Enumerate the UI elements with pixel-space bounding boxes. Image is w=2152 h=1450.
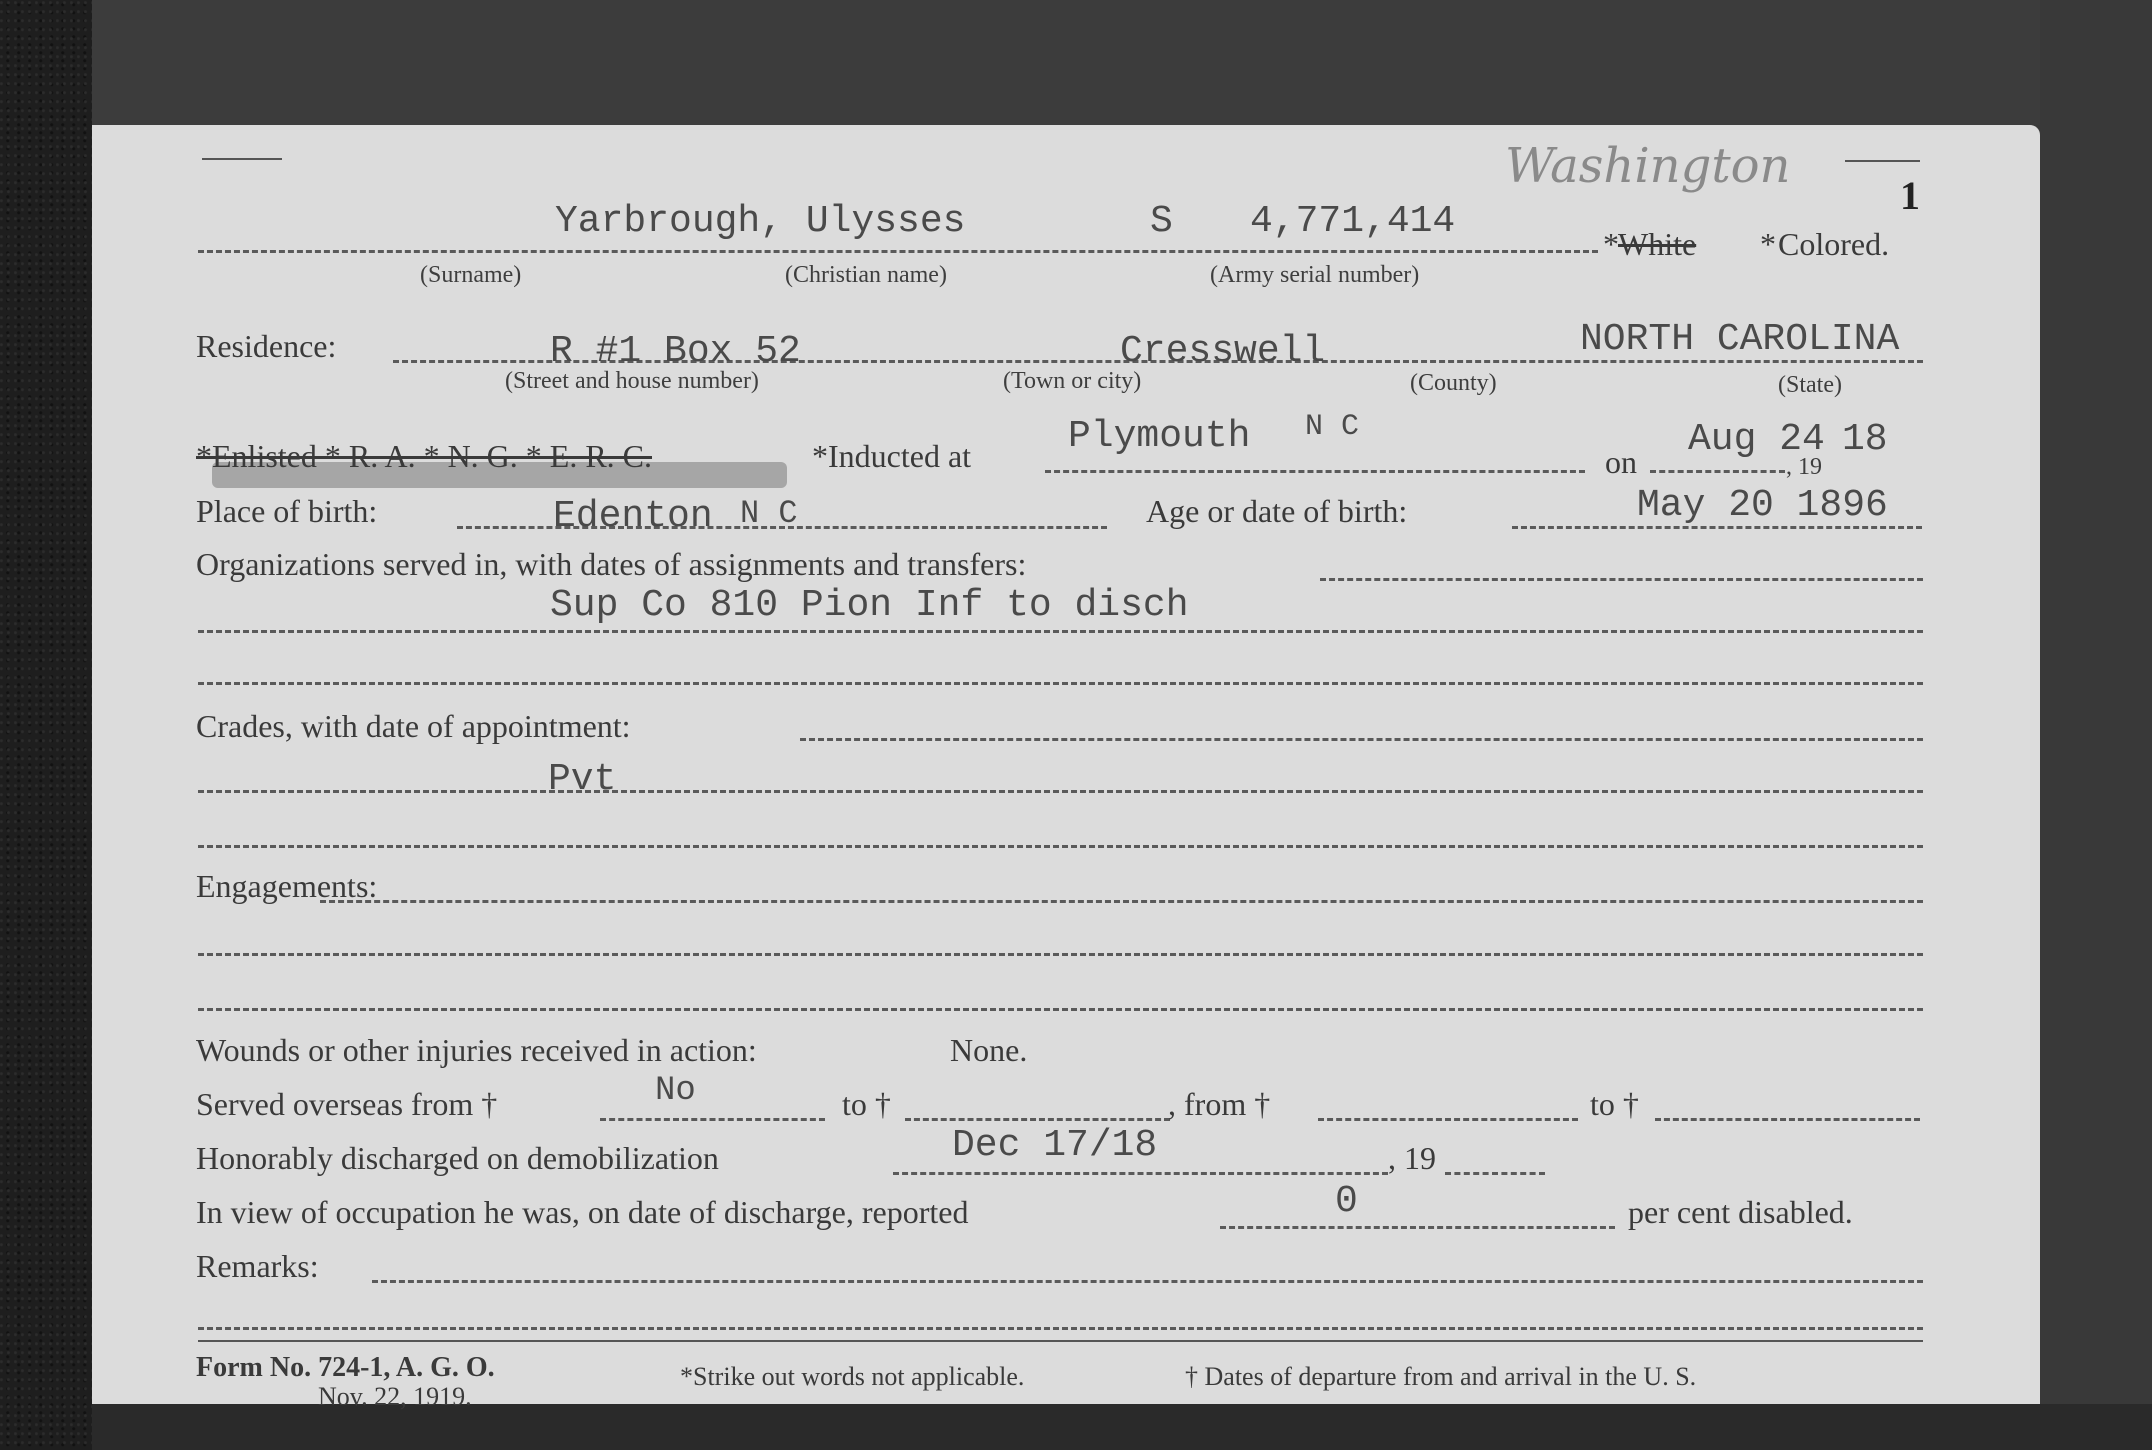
organizations-label: Organizations served in, with dates of a… [196,546,1026,583]
residence-state: NORTH CAROLINA [1580,318,1899,361]
army-serial-number: 4,771,414 [1250,200,1455,243]
enlistment-options-struck: *Enlisted * R. A. * N. G. * E. R. C. [196,438,652,475]
overseas-to-line [905,1118,1170,1121]
disability-line [1220,1226,1615,1229]
residence-street: R #1 Box 52 [550,330,801,373]
label-state: (State) [1778,372,1842,399]
overseas-to2-label: to † [1590,1086,1639,1123]
engagements-line-2 [198,953,1923,956]
grades-line-2 [198,790,1923,793]
engagements-line-1 [320,900,1923,903]
place-of-birth: Edenton [553,495,713,538]
grades-label: Crades, with date of appointment: [196,708,631,745]
label-surname: (Surname) [420,262,521,289]
overseas-from2-line [1318,1118,1578,1121]
organizations-line-1 [1320,578,1923,581]
discharge-label: Honorably discharged on demobilization [196,1140,719,1177]
overseas-from2-label: , from † [1168,1086,1270,1123]
discharge-year-prefix: , 19 [1388,1140,1436,1177]
race-white-struck: White [1618,226,1696,263]
grades-line-1 [800,738,1923,741]
label-county: (County) [1410,370,1497,397]
disability-value: 0 [1335,1180,1358,1223]
race-star-colored: * [1760,226,1776,263]
footer-rule [198,1340,1923,1342]
age-label: Age or date of birth: [1146,493,1407,530]
induction-year: 18 [1842,418,1888,461]
place-of-birth-state: N C [740,495,798,532]
label-christian-name: (Christian name) [785,262,947,289]
footnote-strike: *Strike out words not applicable. [680,1362,1024,1392]
top-left-rule [202,158,282,160]
remarks-label: Remarks: [196,1248,319,1285]
form-date: Nov. 22, 1919. [318,1382,472,1412]
year-prefix: , 19 [1786,454,1822,481]
organizations-line-3 [198,682,1923,685]
inducted-place-state: N C [1305,410,1359,444]
discharge-date-line [893,1172,1388,1175]
residence-town: Cresswell [1120,330,1325,373]
discharge-year-line [1445,1172,1545,1175]
remarks-line-2 [198,1327,1923,1330]
inducted-at-label: *Inducted at [812,438,971,475]
wounds-label: Wounds or other injuries received in act… [196,1032,757,1069]
inducted-place: Plymouth [1068,415,1250,458]
scanner-background-right [2040,0,2152,1450]
race-star-white: * [1603,226,1619,263]
inducted-line [1045,470,1585,473]
form-number: Form No. 724-1, A. G. O. [196,1352,495,1384]
card-number: 1 [1900,172,1920,219]
overseas-from-value: No [655,1072,696,1110]
on-label: on [1605,444,1637,481]
label-street: (Street and house number) [505,368,759,395]
handwritten-county: Washington [1505,138,1790,194]
date-of-birth: May 20 1896 [1637,484,1888,527]
name-value: Yarbrough, Ulysses [555,200,965,243]
organizations-line-2 [198,630,1923,633]
disability-label: In view of occupation he was, on date of… [196,1194,968,1231]
overseas-to2-line [1655,1118,1920,1121]
footnote-dates: † Dates of departure from and arrival in… [1185,1362,1696,1392]
wounds-value: None. [950,1032,1027,1069]
remarks-line-1 [372,1280,1923,1283]
race-colored: Colored. [1778,226,1889,263]
residence-label: Residence: [196,328,336,365]
scanner-left-edge [0,0,92,1450]
overseas-from-line [600,1118,825,1121]
label-town: (Town or city) [1003,368,1141,395]
top-right-rule [1845,160,1920,162]
name-line [198,250,1598,253]
disability-suffix: per cent disabled. [1628,1194,1853,1231]
overseas-to-label: to † [842,1086,891,1123]
place-of-birth-label: Place of birth: [196,493,377,530]
discharge-date: Dec 17/18 [952,1124,1157,1167]
organizations-value: Sup Co 810 Pion Inf to disch [550,584,1189,627]
scanner-background-top [92,0,2152,125]
grade-value: Pvt [548,758,616,801]
label-army-serial: (Army serial number) [1210,262,1419,289]
served-overseas-label: Served overseas from † [196,1086,497,1123]
grades-line-3 [198,845,1923,848]
engagements-line-3 [198,1008,1923,1011]
serial-prefix: S [1150,200,1173,243]
on-date-line [1650,470,1785,473]
